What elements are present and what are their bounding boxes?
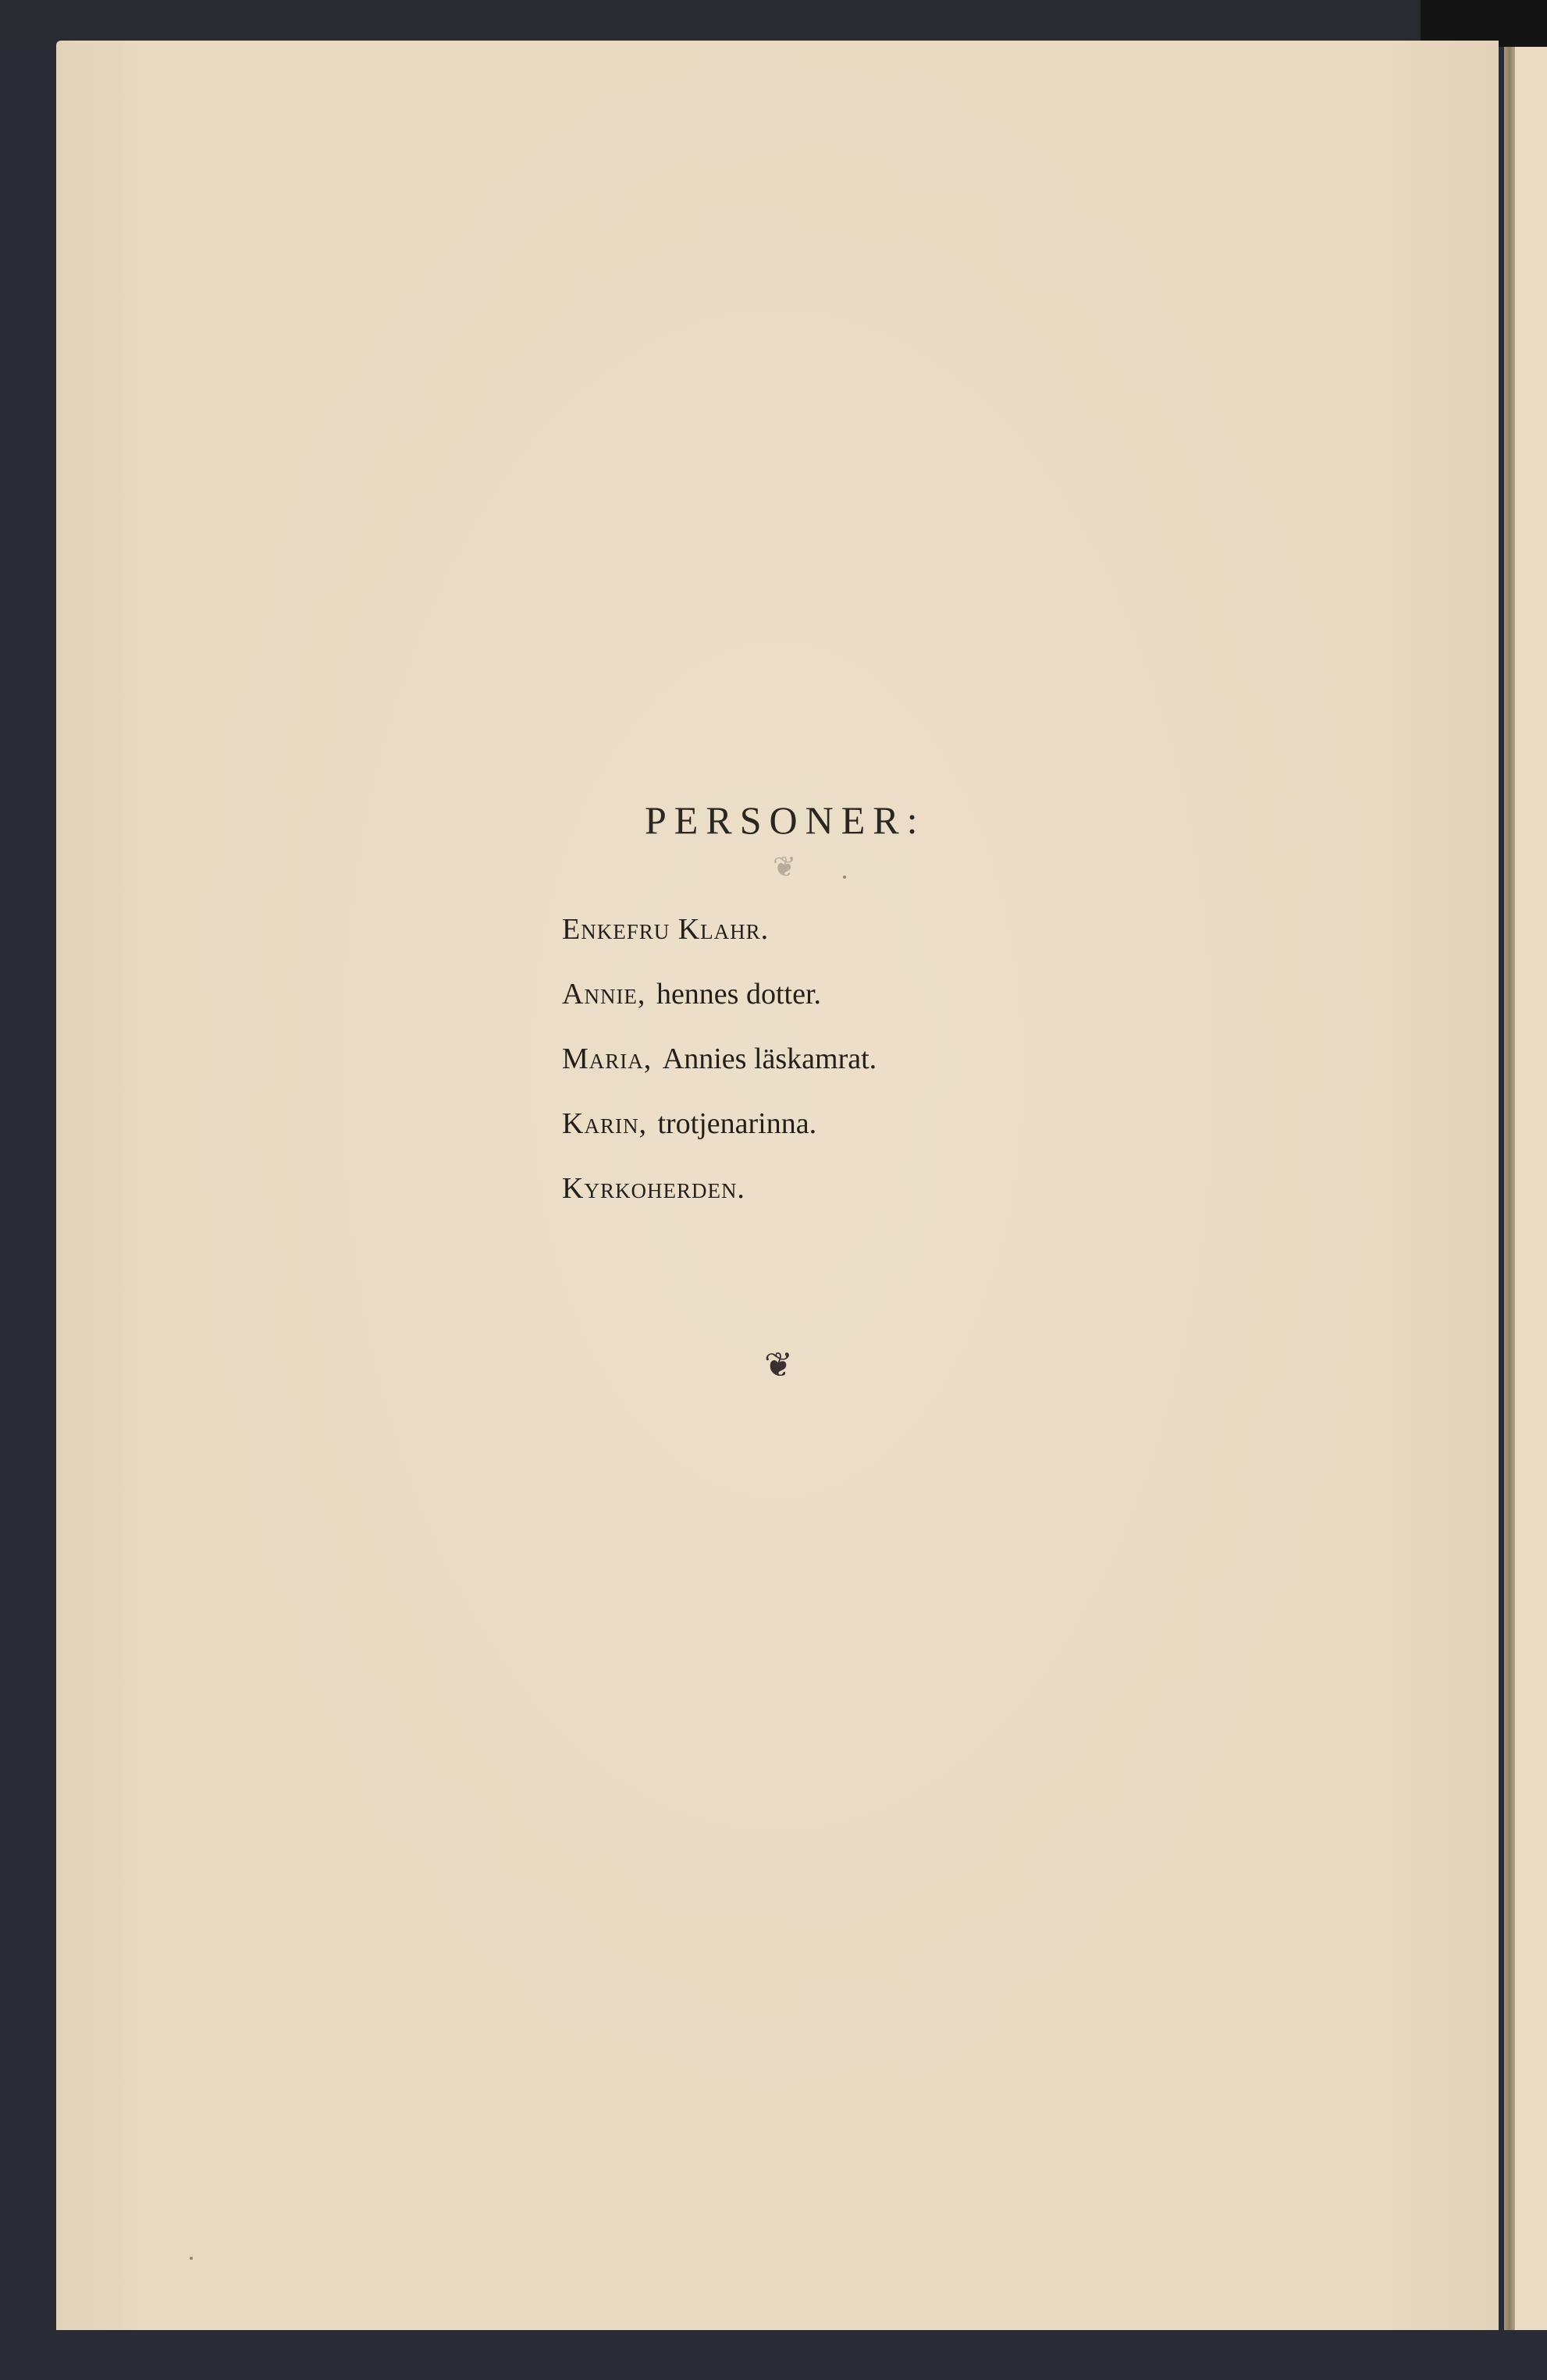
role-name: Maria, <box>562 1043 652 1075</box>
cast-heading: PERSONER: <box>645 797 926 843</box>
cast-item-annie: Annie, hennes dotter. <box>562 970 877 1018</box>
fleuron-ornament-icon: ❦ <box>764 1348 793 1383</box>
cast-list: Enkefru Klahr. Annie, hennes dotter. Mar… <box>562 905 877 1229</box>
paper-speck <box>190 2257 193 2260</box>
cast-item-karin: Karin, trotjenarinna. <box>562 1099 877 1148</box>
cast-item-kyrkoherden: Kyrkoherden. <box>562 1164 877 1213</box>
role-description: Annies läskamrat. <box>663 1043 877 1075</box>
faint-ornament-icon: ❦ <box>773 851 796 883</box>
role-name: Enkefru Klahr. <box>562 913 769 946</box>
role-name: Karin, <box>562 1107 647 1140</box>
role-name: Kyrkoherden. <box>562 1172 745 1205</box>
page-content: PERSONER: ❦ Enkefru Klahr. Annie, hennes… <box>0 0 1547 2380</box>
role-description: trotjenarinna. <box>657 1107 816 1140</box>
cast-item-maria: Maria, Annies läskamrat. <box>562 1035 877 1083</box>
role-description: hennes dotter. <box>656 978 821 1011</box>
paper-speck <box>843 876 846 879</box>
role-name: Annie, <box>562 978 645 1011</box>
cast-item-enkefru-klahr: Enkefru Klahr. <box>562 905 877 954</box>
